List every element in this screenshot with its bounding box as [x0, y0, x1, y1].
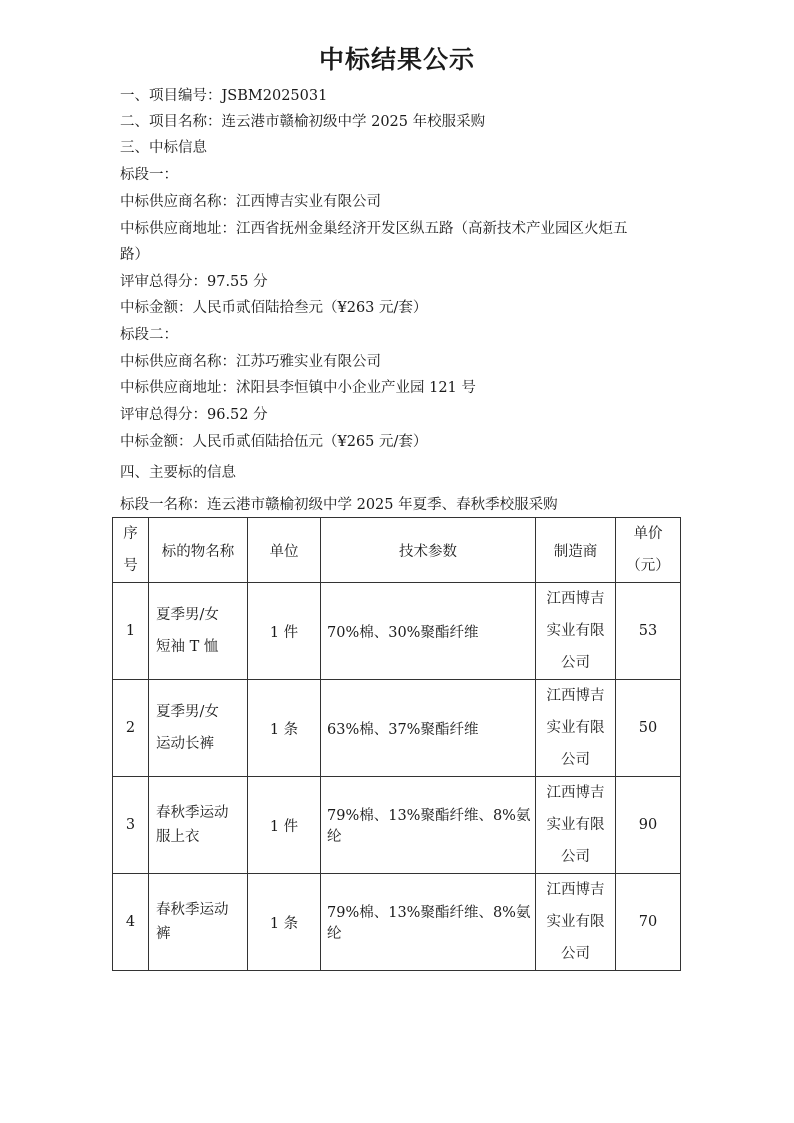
header-price: 单价（元） — [616, 518, 681, 583]
cell-name: 夏季男/女短袖 T 恤 — [149, 583, 248, 680]
cell-maker: 江西博吉实业有限公司 — [536, 680, 616, 777]
lot-one-heading: 标段一： — [120, 165, 178, 185]
header-maker: 制造商 — [536, 518, 616, 583]
project-number: 一、项目编号：JSBM2025031 — [120, 86, 327, 106]
cell-seq: 1 — [113, 583, 149, 680]
cell-seq: 2 — [113, 680, 149, 777]
project-name: 二、项目名称：连云港市赣榆初级中学 2025 年校服采购 — [120, 112, 485, 132]
lot-two-supplier-name: 中标供应商名称：江苏巧雅实业有限公司 — [120, 352, 381, 372]
cell-price: 53 — [616, 583, 681, 680]
table-row: 2 夏季男/女运动长裤 1 条 63%棉、37%聚酯纤维 江西博吉实业有限公司 … — [113, 680, 681, 777]
cell-spec: 79%棉、13%聚酯纤维、8%氨纶 — [321, 777, 536, 874]
header-unit: 单位 — [248, 518, 321, 583]
cell-unit: 1 条 — [248, 874, 321, 971]
lot-two-supplier-address: 中标供应商地址：沭阳县李恒镇中小企业产业园 121 号 — [120, 378, 476, 398]
table-row: 4 春秋季运动裤 1 条 79%棉、13%聚酯纤维、8%氨纶 江西博吉实业有限公… — [113, 874, 681, 971]
cell-unit: 1 件 — [248, 583, 321, 680]
lot-one-supplier-address: 中标供应商地址：江西省抚州金巢经济开发区纵五路（高新技术产业园区火炬五 — [120, 219, 628, 239]
lot-one-amount: 中标金额：人民币贰佰陆拾叁元（¥263 元/套） — [120, 298, 427, 318]
section-award-info: 三、中标信息 — [120, 138, 207, 158]
lot-two-amount: 中标金额：人民币贰佰陆拾伍元（¥265 元/套） — [120, 432, 427, 452]
lot-two-heading: 标段二： — [120, 325, 178, 345]
lot-one-supplier-address-cont: 路） — [120, 245, 149, 265]
header-seq: 序号 — [113, 518, 149, 583]
table-row: 1 夏季男/女短袖 T 恤 1 件 70%棉、30%聚酯纤维 江西博吉实业有限公… — [113, 583, 681, 680]
cell-maker: 江西博吉实业有限公司 — [536, 777, 616, 874]
header-name: 标的物名称 — [149, 518, 248, 583]
lot-one-title: 标段一名称：连云港市赣榆初级中学 2025 年夏季、春秋季校服采购 — [120, 495, 558, 515]
page-title: 中标结果公示 — [0, 40, 794, 76]
section-main-items: 四、主要标的信息 — [120, 463, 236, 483]
table-row: 3 春秋季运动服上衣 1 件 79%棉、13%聚酯纤维、8%氨纶 江西博吉实业有… — [113, 777, 681, 874]
cell-price: 50 — [616, 680, 681, 777]
cell-spec: 63%棉、37%聚酯纤维 — [321, 680, 536, 777]
cell-maker: 江西博吉实业有限公司 — [536, 874, 616, 971]
cell-unit: 1 件 — [248, 777, 321, 874]
cell-seq: 3 — [113, 777, 149, 874]
cell-price: 70 — [616, 874, 681, 971]
cell-spec: 79%棉、13%聚酯纤维、8%氨纶 — [321, 874, 536, 971]
table-header-row: 序号 标的物名称 单位 技术参数 制造商 单价（元） — [113, 518, 681, 583]
cell-spec: 70%棉、30%聚酯纤维 — [321, 583, 536, 680]
cell-maker: 江西博吉实业有限公司 — [536, 583, 616, 680]
cell-name: 夏季男/女运动长裤 — [149, 680, 248, 777]
cell-seq: 4 — [113, 874, 149, 971]
lot-two-score: 评审总得分：96.52 分 — [120, 405, 268, 425]
cell-unit: 1 条 — [248, 680, 321, 777]
cell-price: 90 — [616, 777, 681, 874]
header-spec: 技术参数 — [321, 518, 536, 583]
cell-name: 春秋季运动裤 — [149, 874, 248, 971]
cell-name: 春秋季运动服上衣 — [149, 777, 248, 874]
items-table: 序号 标的物名称 单位 技术参数 制造商 单价（元） 1 夏季男/女短袖 T 恤… — [112, 517, 681, 971]
lot-one-supplier-name: 中标供应商名称：江西博吉实业有限公司 — [120, 192, 381, 212]
lot-one-score: 评审总得分：97.55 分 — [120, 272, 268, 292]
